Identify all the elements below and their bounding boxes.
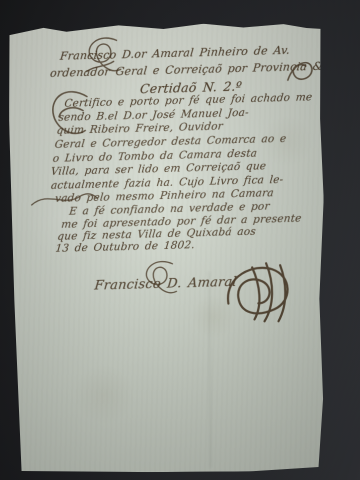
signature-paraph-icon bbox=[216, 257, 305, 332]
manuscript-paper-sheet: Francisco D.or Amaral Pinheiro de Av. or… bbox=[6, 21, 325, 475]
photo-of-manuscript: Francisco D.or Amaral Pinheiro de Av. or… bbox=[0, 0, 360, 480]
closing-line: 13 de Outubro de 1802. bbox=[55, 239, 196, 255]
et-cetera-paraph-icon bbox=[284, 54, 318, 88]
body-line: Certifico e porto por fé que foi achado … bbox=[64, 91, 313, 110]
paper-crease bbox=[208, 272, 211, 468]
